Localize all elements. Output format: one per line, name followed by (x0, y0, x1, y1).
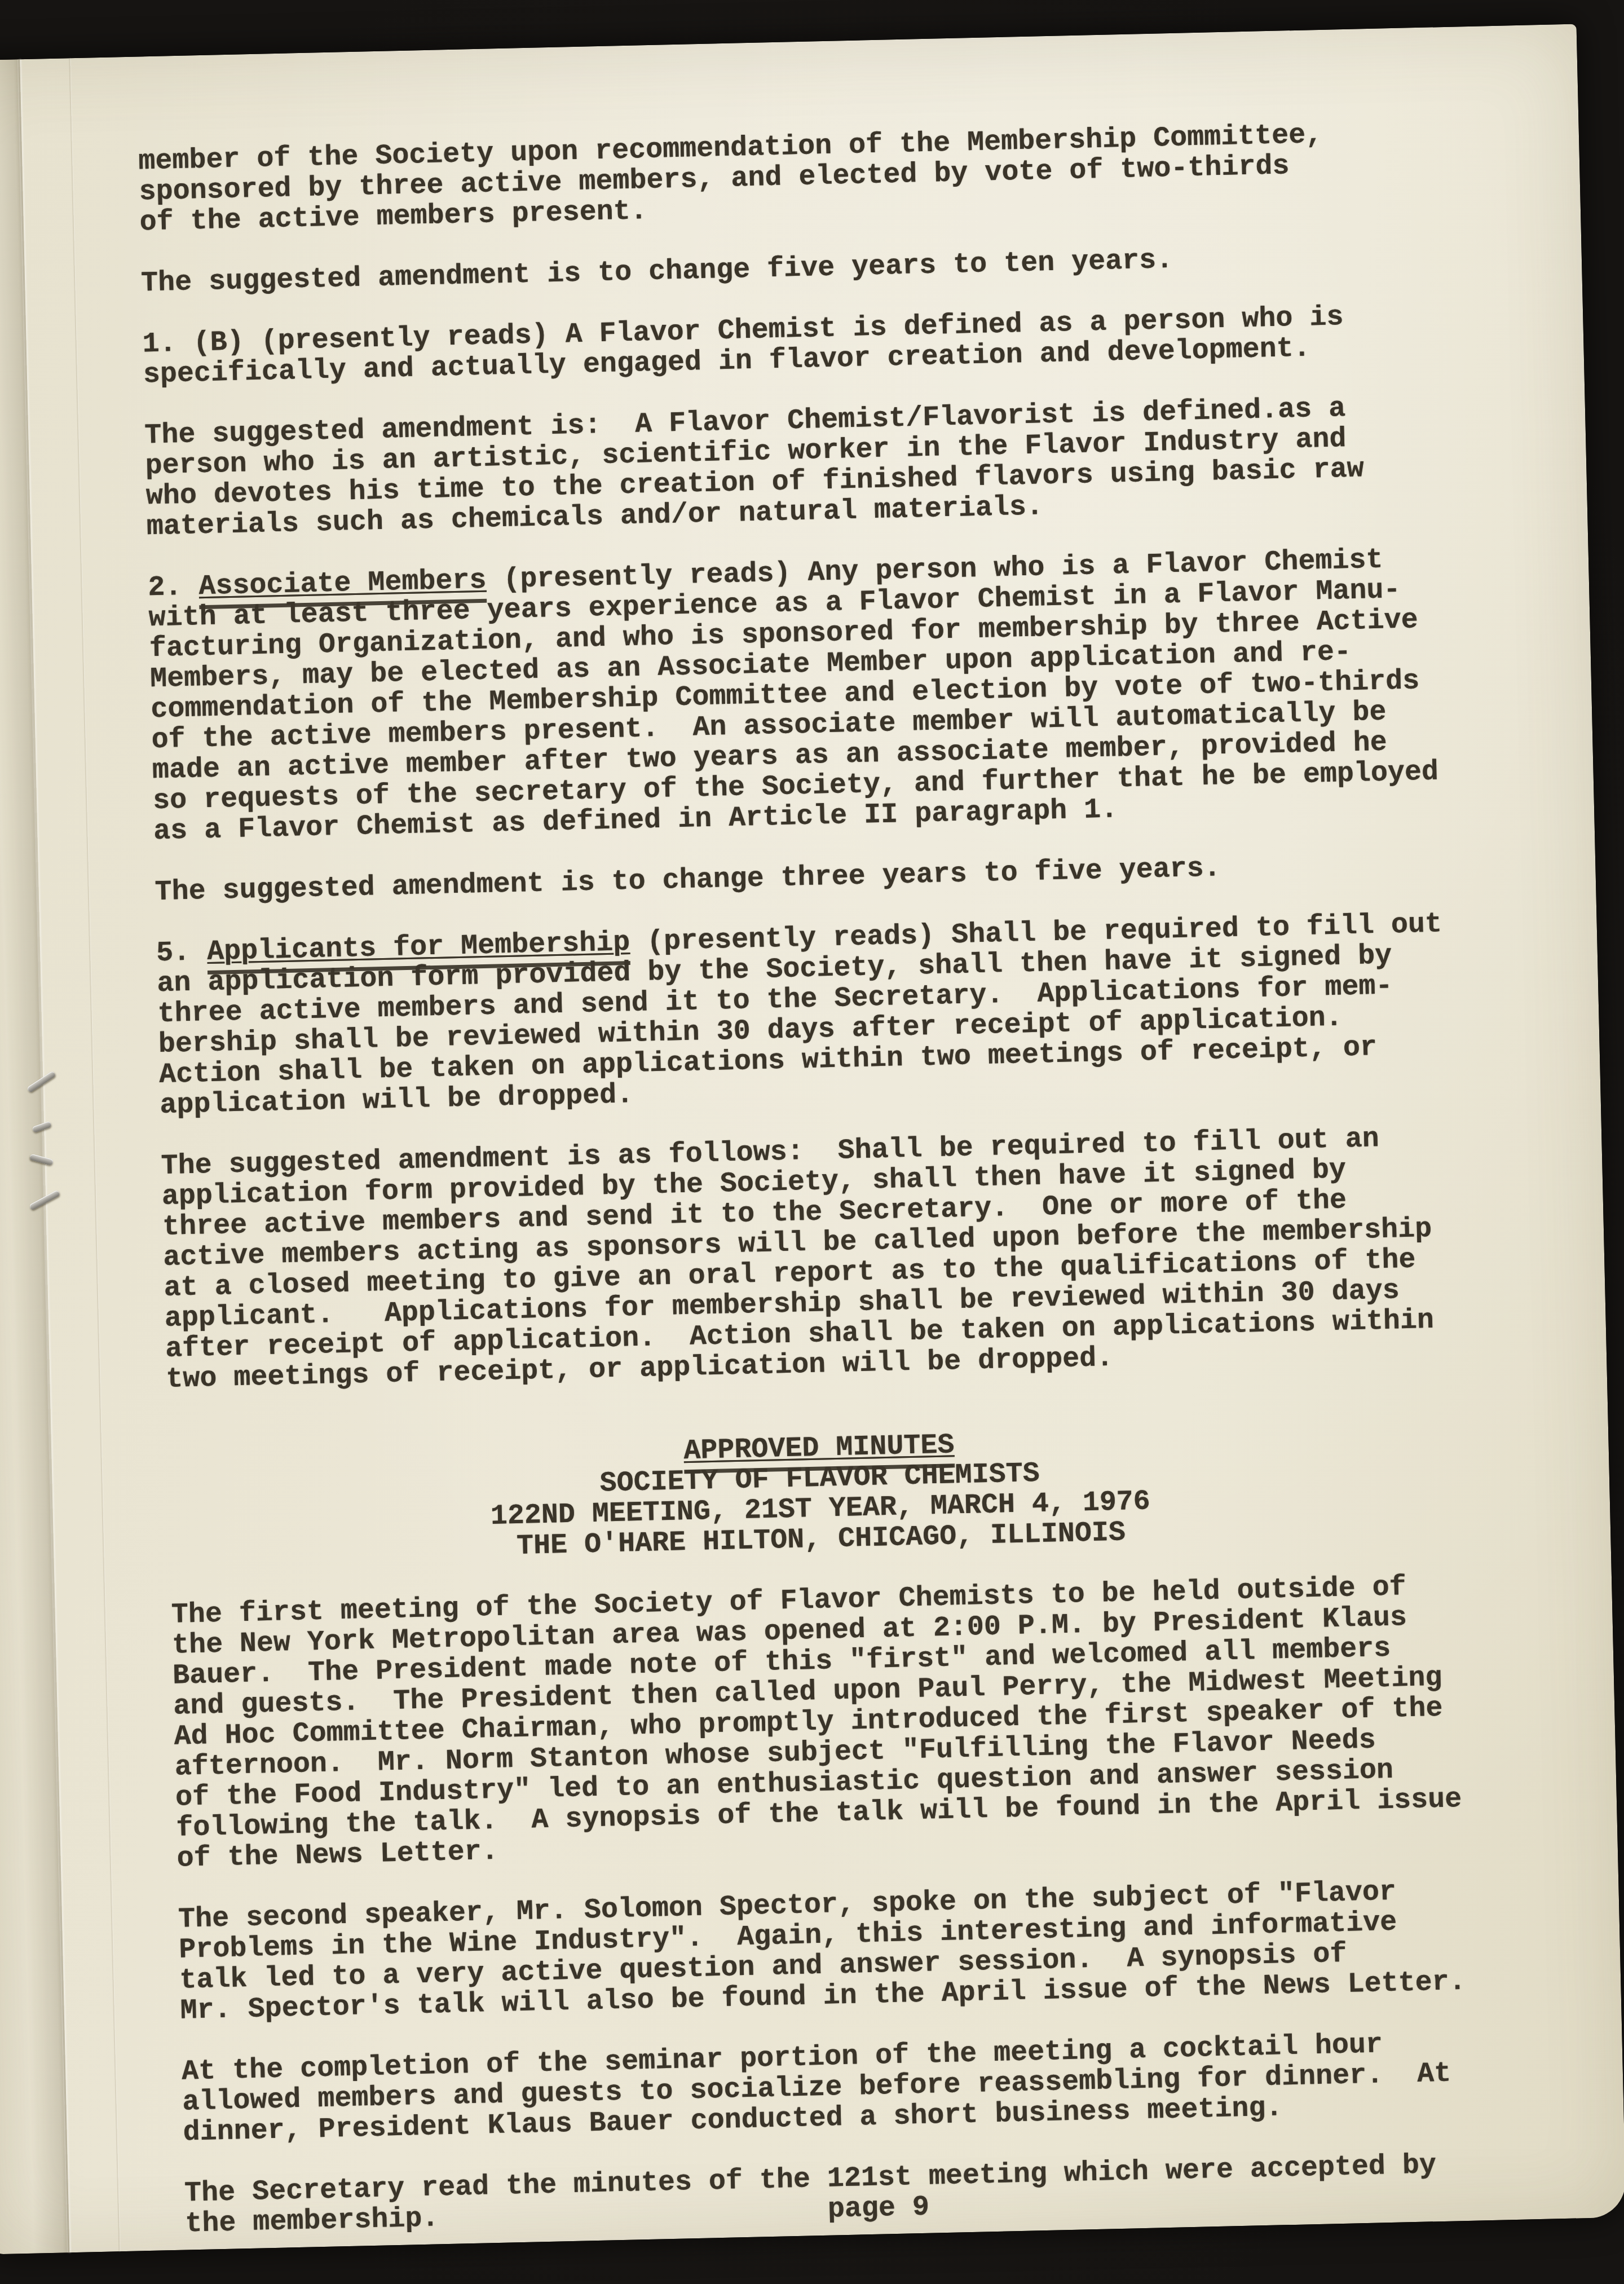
text-line: The suggested amendment is to change thr… (155, 848, 1486, 909)
paragraph-amendment-three-to-five: The suggested amendment is to change thr… (155, 848, 1486, 909)
paragraph-membership-election: member of the Society upon recommendatio… (138, 117, 1471, 239)
paragraph-amendment-applicants: The suggested amendment is as follows: S… (161, 1122, 1497, 1395)
paragraph-amendment-flavorist: The suggested amendment is: A Flavor Che… (144, 391, 1477, 543)
text-run: 5. (156, 936, 208, 969)
text-run: The suggested amendment is to change fiv… (141, 244, 1173, 300)
text-line: The suggested amendment is to change fiv… (141, 239, 1472, 299)
paragraph-amendment-five-to-ten: The suggested amendment is to change fiv… (141, 239, 1472, 299)
scanned-page: member of the Society upon recommendatio… (0, 24, 1624, 2255)
paragraph-item-5-applicants: 5. Applicants for Membership (presently … (156, 909, 1491, 1121)
heading-approved-minutes: APPROVED MINUTESSOCIETY OF FLAVOR CHEMIS… (153, 1418, 1486, 1570)
page-number: page 9 (827, 2193, 929, 2225)
paragraph-secretary-minutes: The Secretary read the minutes of the 12… (184, 2149, 1516, 2240)
paragraph-item-2-associate-members: 2. Associate Members (presently reads) A… (148, 543, 1484, 847)
text-run: the membership. (185, 2202, 439, 2240)
paragraph-second-speaker: The second speaker, Mr. Solomon Spector,… (178, 1875, 1511, 2026)
fold-crease-faint (69, 58, 120, 2251)
text-run: The suggested amendment is to change thr… (155, 852, 1221, 909)
document-content: member of the Society upon recommendatio… (138, 117, 1517, 2270)
paragraph-cocktail-hour: At the completion of the seminar portion… (182, 2027, 1514, 2149)
text-run: 2. (148, 571, 199, 604)
paragraph-item-1b: 1. (B) (presently reads) A Flavor Chemis… (142, 299, 1474, 391)
text-run: of the News Letter. (176, 1836, 498, 1875)
paragraph-first-meeting: The first meeting of the Society of Flav… (171, 1570, 1507, 1874)
